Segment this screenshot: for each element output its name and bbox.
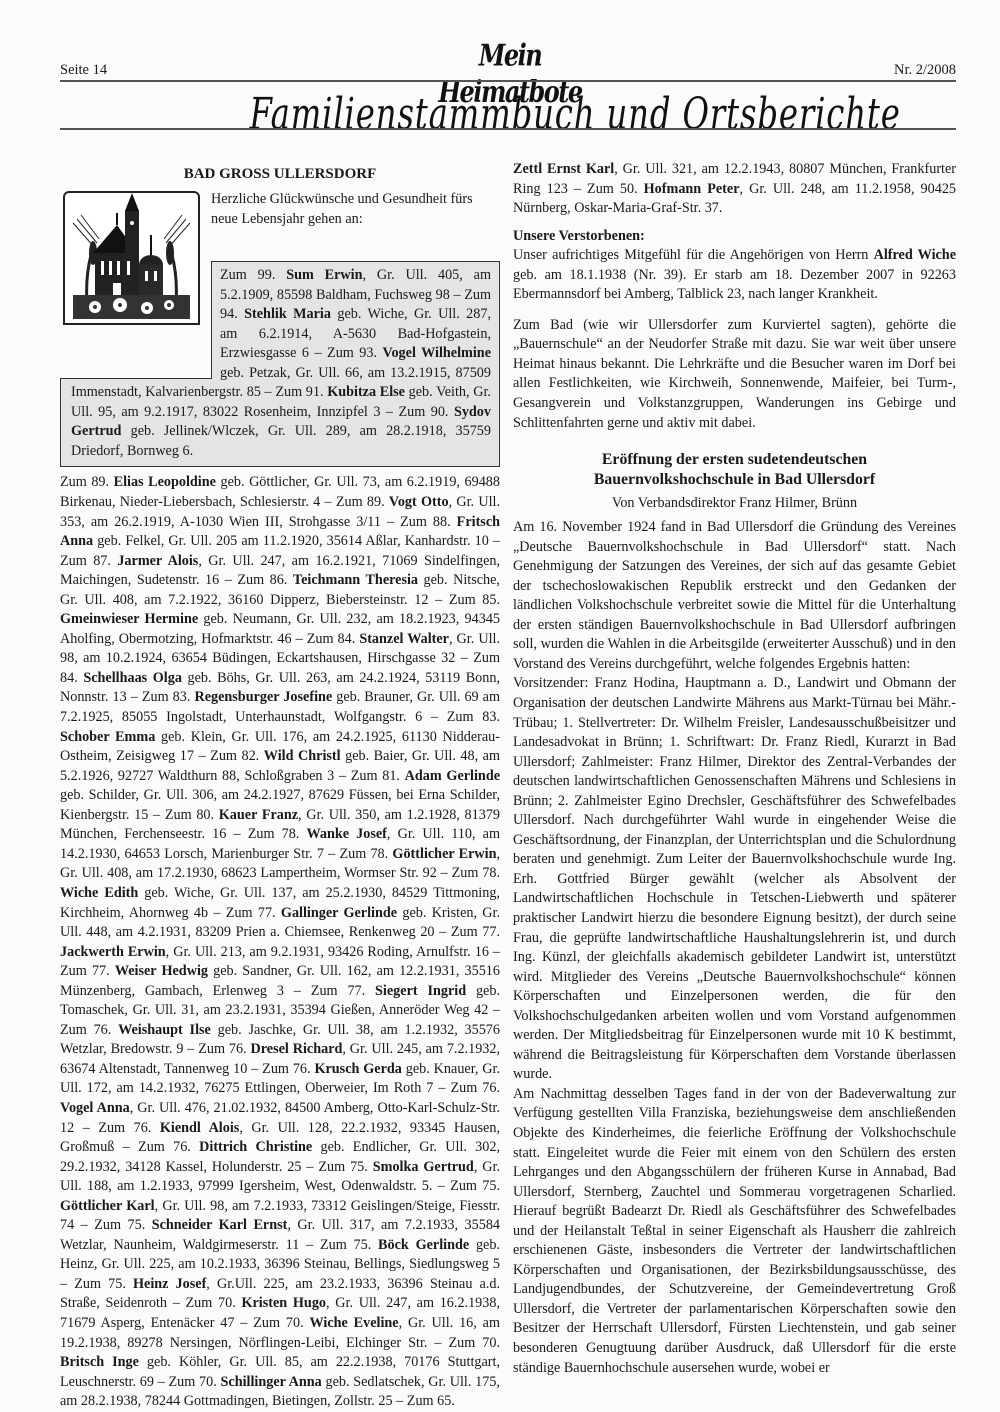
article-title: Eröffnung der ersten sudetendeutschen Ba… [513,450,956,490]
issue-number: Nr. 2/2008 [894,62,956,79]
person-name: Kubitza Else [327,384,405,400]
person-name: Elias Leopoldine [114,474,216,490]
person-name: Schillinger Anna [221,1374,322,1390]
person-name: Stehlik Maria [244,306,331,322]
right-column: Zettl Ernst Karl, Gr. Ull. 321, am 12.2.… [513,160,956,1378]
obituary-heading: Unsere Verstorbenen: [513,227,956,247]
person-name: Adam Gerlinde [405,768,500,784]
person-name: Krusch Gerda [314,1061,401,1077]
header-rule [60,80,956,82]
page-header: Seite 14 Mein Heimatbote Nr. 2/2008 [60,40,956,82]
person-name: Göttlicher Erwin [392,846,496,862]
person-name: Regensburger Josefine [194,689,332,705]
person-name: Britsch Inge [60,1354,139,1370]
person-name: Gallinger Gerlinde [281,905,397,921]
page-number: Seite 14 [60,62,107,79]
person-name: Dresel Richard [251,1041,343,1057]
left-column: BAD GROSS ULLERSDORF [60,160,500,1412]
newspaper-page: Seite 14 Mein Heimatbote Nr. 2/2008 Fami… [60,0,956,1412]
person-name: Smolka Gertrud [373,1159,474,1175]
person-name: Gmeinwieser Hermi­ne [60,611,198,627]
person-name: Teichmann Theresia [293,572,418,588]
obituary-text: Unser aufrichtiges Mitgefühl für die Ang… [513,246,956,305]
person-name: Böck Gerlinde [378,1237,469,1253]
person-name: Jackwerth Erwin [60,944,166,960]
church-illustration-icon [63,191,200,325]
location-title: BAD GROSS ULLERSDORF [60,166,500,183]
person-name: Schellhaas Olga [83,670,182,686]
article-paragraph-2: Vorsitzender: Franz Hodina, Hauptmann a.… [513,674,956,1084]
person-name: Hofmann Peter [644,181,740,197]
person-name: Heinz Josef [133,1276,206,1292]
person-name: Vogt Otto [389,494,449,510]
person-name: Wiche Eveline [309,1315,398,1331]
birthday-list: Zum 89. Elias Leopoldine geb. Göttlicher… [60,473,500,1411]
section-title: Familienstammbuch und Ortsberichte [250,89,811,140]
article-paragraph-3: Am Nachmittag desselben Tages fand in de… [513,1085,956,1378]
person-name: Sum Erwin [286,267,362,283]
person-name: Kiendl Alois [160,1120,239,1136]
person-name: Siegert Ingrid [375,983,466,999]
article-byline: Von Verbandsdirektor Franz Hilmer, Brünn [513,495,956,512]
person-name: Stanzel Walter [359,631,449,647]
person-name: Weiser Hedwig [115,963,208,979]
person-name: Vogel Wilhelmine [383,345,491,361]
person-name: Zettl Ernst Karl [513,161,614,177]
person-name: Wiche Edith [60,885,138,901]
person-name: Schneider Karl Ernst [152,1217,288,1233]
person-name: Schober Emma [60,729,155,745]
person-name: Vogel Anna [60,1100,130,1116]
section-rule [60,128,956,130]
bauernschule-paragraph: Zum Bad (wie wir Ullersdorfer zum Kurvie… [513,316,956,433]
person-name: Jarmer Alois [117,553,198,569]
person-name: Dittrich Christine [199,1139,312,1155]
person-name: Wild Christl [264,748,341,764]
greeting-text: Herzliche Glückwünsche und Gesundheit fü… [211,190,500,229]
greeting-row: Herzliche Glückwünsche und Gesundheit fü… [60,189,500,269]
article-paragraph-1: Am 16. November 1924 fand in Bad Ullersd… [513,518,956,674]
person-name: Gött­licher Karl [60,1198,155,1214]
person-name: Kristen Hugo [241,1295,326,1311]
person-name: Wanke Josef [306,826,386,842]
continued-birthday-list: Zettl Ernst Karl, Gr. Ull. 321, am 12.2.… [513,160,956,219]
deceased-name: Alfred Wiche [874,247,956,263]
person-name: Weishaupt Ilse [118,1022,211,1038]
person-name: Kauer Franz [219,807,298,823]
